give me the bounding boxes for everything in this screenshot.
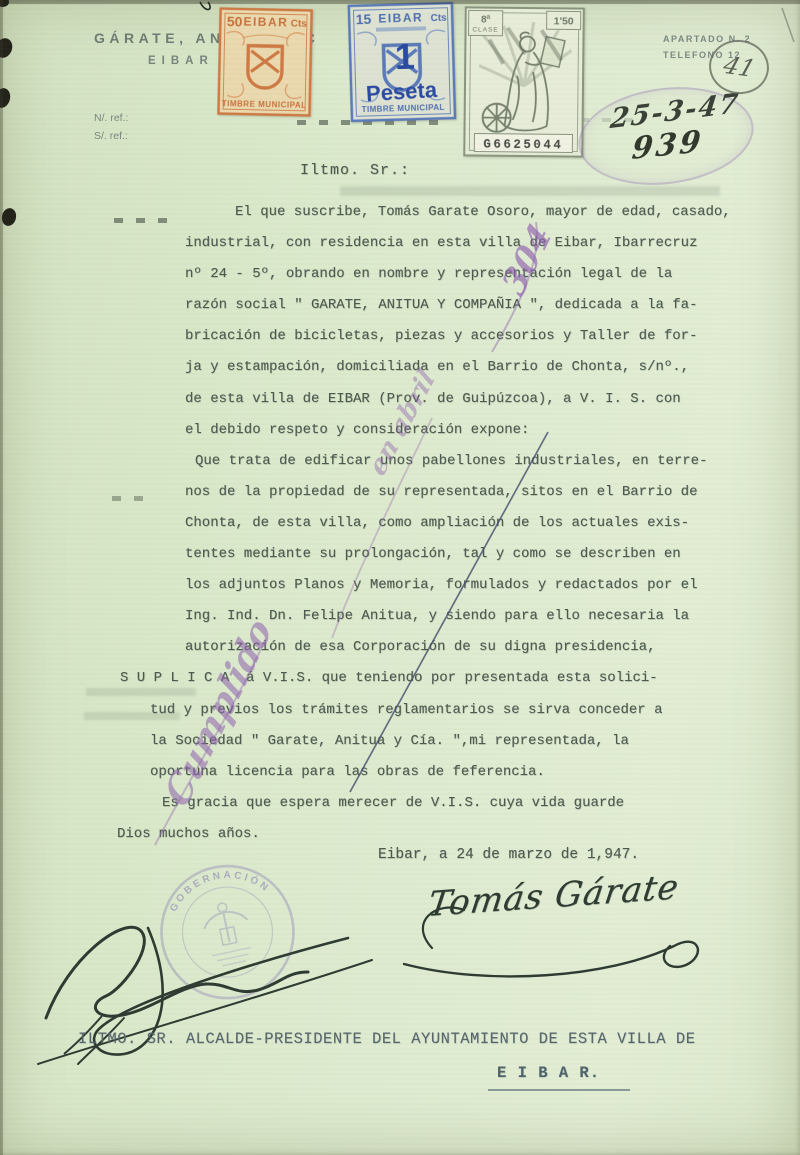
stamp50-caption: TIMBRE MUNICIPAL	[222, 99, 307, 110]
stamp15-name: EIBAR	[378, 10, 423, 25]
folio-number: 41	[719, 51, 758, 82]
ghost-typing	[340, 186, 720, 196]
body-line: bricación de bicicletas, piezas y acceso…	[0, 328, 800, 359]
body-line: industrial, con residencia en esta villa…	[0, 235, 800, 266]
fiscal-value: 1'50	[554, 15, 574, 27]
ref-n-label: N/. ref.:	[94, 112, 128, 124]
body-line: Ing. Ind. Dn. Felipe Anitua, y siendo pa…	[0, 608, 800, 639]
scan-edge-left	[0, 0, 3, 1155]
body-line: los adjuntos Planos y Memoria, formulado…	[0, 577, 800, 608]
body-line: nº 24 - 5º, obrando en nombre y represen…	[0, 266, 800, 297]
stamp50-name: EIBAR	[243, 15, 288, 30]
stamp15-unit: Cts	[430, 13, 447, 24]
overprint-peseta: Peseta	[365, 77, 438, 106]
body-line-suplica: S U P L I C A á V.I.S. que teniendo por …	[0, 670, 800, 701]
body-line: Es gracia que espera merecer de V.I.S. c…	[0, 795, 800, 826]
stamp50-value: 50	[227, 13, 243, 29]
addressee-city: E I B A R.	[497, 1064, 600, 1082]
body-line: ja y estampación, domiciliada en el Barr…	[0, 359, 800, 390]
body-line: autorización de esa Corporación de su di…	[0, 639, 800, 670]
stamp15-value: 15	[355, 11, 371, 27]
circled-folio-number: 41	[706, 36, 773, 98]
salutation: Iltmo. Sr.:	[300, 162, 410, 179]
body-line: la Sociedad " Garate, Anitua y Cía. ",mi…	[0, 733, 800, 764]
ref-s-label: S/. ref.:	[94, 130, 128, 142]
body-line: nos de la propiedad de su representada, …	[0, 484, 800, 515]
body-text: El que suscribe, Tomás Garate Osoro, may…	[0, 204, 800, 857]
dateline: Eibar, a 24 de marzo de 1,947.	[378, 847, 639, 863]
body-line: El que suscribe, Tomás Garate Osoro, may…	[0, 204, 800, 235]
addressee-underline	[488, 1089, 630, 1091]
body-line: razón social " GARATE, ANITUA Y COMPAÑIA…	[0, 297, 800, 328]
body-line: tentes mediante su prolongación, tal y c…	[0, 546, 800, 577]
document-page: GÁRATE, ANITUA Y C EIBAR APARTADO N. 2 T…	[0, 0, 800, 1155]
fiscal-class-word: CLASE	[472, 26, 498, 33]
body-line: tud y previos los trámites reglamentario…	[0, 702, 800, 733]
signature-flourish	[398, 898, 718, 993]
fiscal-stamp: 8ª CLASE 1'50 G6625044	[462, 5, 586, 163]
fiscal-serial: G6625044	[483, 138, 563, 153]
body-line: Chonta, de esta villa, como ampliación d…	[0, 515, 800, 546]
overprint-1: 1	[394, 36, 415, 78]
fiscal-class-num: 8ª	[481, 15, 491, 26]
tax-stamp-1peseta: 15 EIBAR Cts TIMBRE MUNICIPAL 1 Peseta	[347, 2, 456, 128]
stamp50-unit: Cts	[291, 19, 308, 30]
letterhead-city: EIBAR	[148, 55, 214, 67]
tax-stamp-50cts: 50 EIBAR Cts TIMBRE MUNICIPAL	[217, 7, 313, 122]
scan-edge-top	[0, 0, 800, 4]
addressee-line: ILTMO. SR. ALCALDE-PRESIDENTE DEL AYUNTA…	[78, 1030, 696, 1048]
body-line: oportuna licencia para las obras de fefe…	[0, 764, 800, 795]
